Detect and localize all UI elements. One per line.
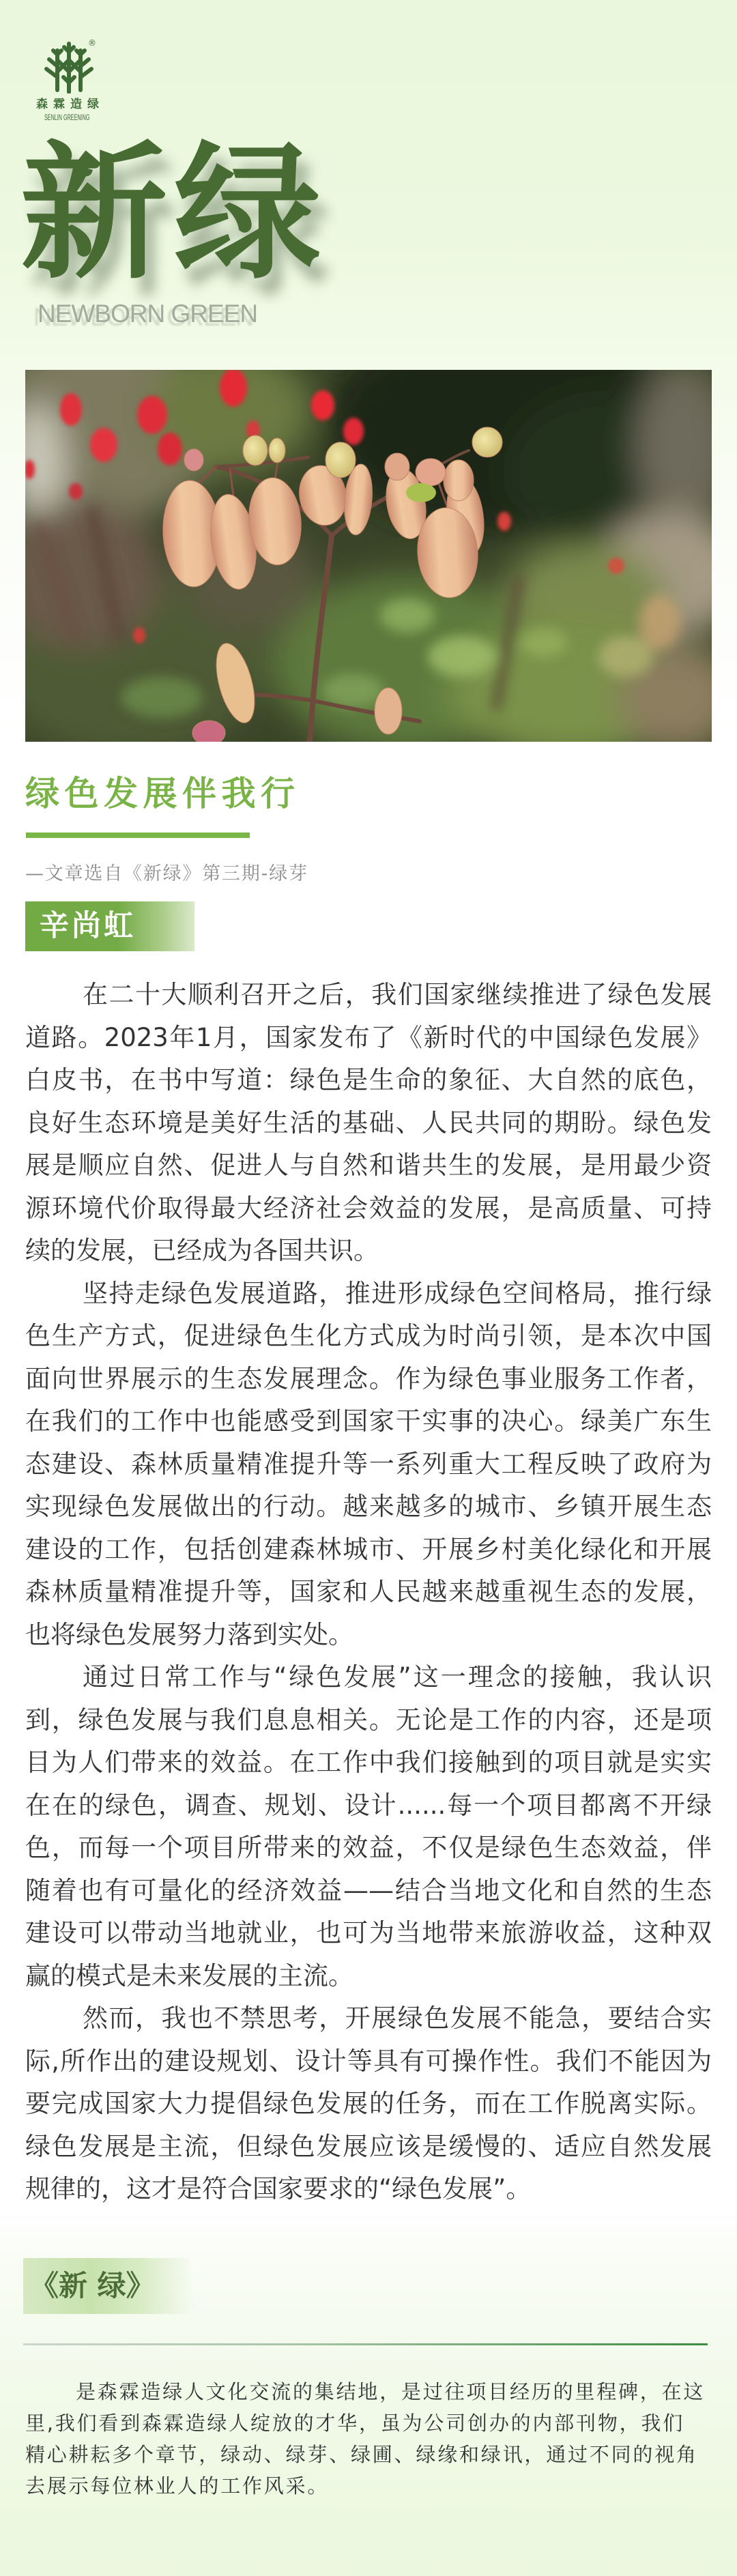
text-line: 色生产方式，促进绿色生化方式成为时尚引领，是本次中国	[25, 1315, 712, 1358]
magazine-label: 《新 绿》	[30, 2258, 155, 2314]
masthead-title: 新绿	[20, 139, 328, 286]
cover-photo	[25, 370, 712, 742]
paragraph: 在二十大顺利召开之后，我们国家继续推进了绿色发展 道路。2023年1月，国家发布…	[25, 974, 712, 1273]
text-line: 到，绿色发展与我们息息相关。无论是工作的内容，还是项	[25, 1699, 712, 1742]
text-line: 道路。2023年1月，国家发布了《新时代的中国绿色发展》	[25, 1017, 712, 1060]
flower-photo-image	[25, 370, 712, 742]
text-line: 坚持走绿色发展道路，推进形成绿色空间格局，推行绿	[25, 1273, 712, 1316]
text-line: 在我们的工作中也能感受到国家干实事的决心。绿美广东生	[25, 1400, 712, 1443]
text-line: 在二十大顺利召开之后，我们国家继续推进了绿色发展	[25, 974, 712, 1017]
text-line: 展是顺应自然、促进人与自然和谐共生的发展，是用最少资	[25, 1144, 712, 1187]
text-line: 绿色发展是主流，但绿色发展应该是缓慢的、适应自然发展	[25, 2126, 712, 2169]
footer-divider	[23, 2343, 708, 2345]
author-name: 辛尚虹	[40, 901, 136, 951]
text-line: 通过日常工作与“绿色发展”这一理念的接触，我认识	[25, 1656, 712, 1699]
text-line: 源环境代价取得最大经济社会效益的发展，是高质量、可持	[25, 1187, 712, 1230]
text-line: 赢的模式是未来发展的主流。	[25, 1955, 712, 1998]
article-title: 绿色发展伴我行	[25, 775, 300, 813]
text-line: 要完成国家大力提倡绿色发展的任务，而在工作脱离实际。	[25, 2083, 712, 2126]
intro-line: 去展示每位林业人的工作风采。	[25, 2470, 714, 2502]
text-line: 建设可以带动当地就业，也可为当地带来旅游收益，这种双	[25, 1912, 712, 1955]
text-line: 在在的绿色，调查、规划、设计......每一个项目都离不开绿	[25, 1784, 712, 1827]
magazine-intro: 是森霖造绿人文化交流的集结地，是过往项目经历的里程碑，在这 里,我们看到森霖造绿…	[25, 2376, 714, 2502]
article-source: —文章选自《新绿》第三期-绿芽	[25, 863, 308, 885]
title-underline	[26, 833, 250, 838]
author-badge: 辛尚虹	[25, 901, 194, 951]
text-line: 态建设、森林质量精准提升等一系列重大工程反映了政府为	[25, 1443, 712, 1486]
text-line: 然而，我也不禁思考，开展绿色发展不能急，要结合实	[25, 1997, 712, 2040]
intro-line: 里,我们看到森霖造绿人绽放的才华，虽为公司创办的内部刊物，我们	[25, 2407, 714, 2439]
paragraph: 通过日常工作与“绿色发展”这一理念的接触，我认识 到，绿色发展与我们息息相关。无…	[25, 1656, 712, 1997]
intro-line: 是森霖造绿人文化交流的集结地，是过往项目经历的里程碑，在这	[25, 2376, 714, 2407]
text-line: 际,所作出的建设规划、设计等具有可操作性。我们不能因为	[25, 2040, 712, 2083]
text-line: 续的发展，已经成为各国共识。	[25, 1230, 712, 1273]
photo-background	[25, 370, 712, 742]
text-line: 白皮书，在书中写道：绿色是生命的象征、大自然的底色，	[25, 1059, 712, 1102]
text-line: 目为人们带来的效益。在工作中我们接触到的项目就是实实	[25, 1741, 712, 1784]
magazine-label-badge: 《新 绿》	[23, 2258, 194, 2314]
paragraph: 坚持走绿色发展道路，推进形成绿色空间格局，推行绿 色生产方式，促进绿色生化方式成…	[25, 1273, 712, 1657]
brand-name-cn: 森霖造绿	[36, 99, 104, 111]
text-line: 面向世界展示的生态发展理念。作为绿色事业服务工作者，	[25, 1358, 712, 1401]
text-line: 规律的，这才是符合国家要求的“绿色发展”。	[25, 2168, 712, 2211]
article-body: 在二十大顺利召开之后，我们国家继续推进了绿色发展 道路。2023年1月，国家发布…	[25, 974, 712, 2211]
text-line: 实现绿色发展做出的行动。越来越多的城市、乡镇开展生态	[25, 1486, 712, 1529]
brand-name-en: SENLIN GREENING	[44, 113, 89, 121]
intro-line: 精心耕耘多个章节，绿动、绿芽、绿圃、绿缘和绿讯，通过不同的视角	[25, 2439, 714, 2470]
registered-mark: ®	[88, 39, 96, 47]
tree-logo-icon	[43, 42, 95, 93]
text-line: 良好生态环境是美好生活的基础、人民共同的期盼。绿色发	[25, 1102, 712, 1145]
text-line: 色，而每一个项目所带来的效益，不仅是绿色生态效益，伴	[25, 1827, 712, 1870]
text-line: 森林质量精准提升等，国家和人民越来越重视生态的发展，	[25, 1571, 712, 1614]
text-line: 也将绿色发展努力落到实处。	[25, 1614, 712, 1657]
text-line: 随着也有可量化的经济效益——结合当地文化和自然的生态	[25, 1870, 712, 1913]
paragraph: 然而，我也不禁思考，开展绿色发展不能急，要结合实 际,所作出的建设规划、设计等具…	[25, 1997, 712, 2211]
masthead-subtitle: NEWBORN GREEN	[38, 301, 257, 327]
text-line: 建设的工作，包括创建森林城市、开展乡村美化绿化和开展	[25, 1529, 712, 1572]
